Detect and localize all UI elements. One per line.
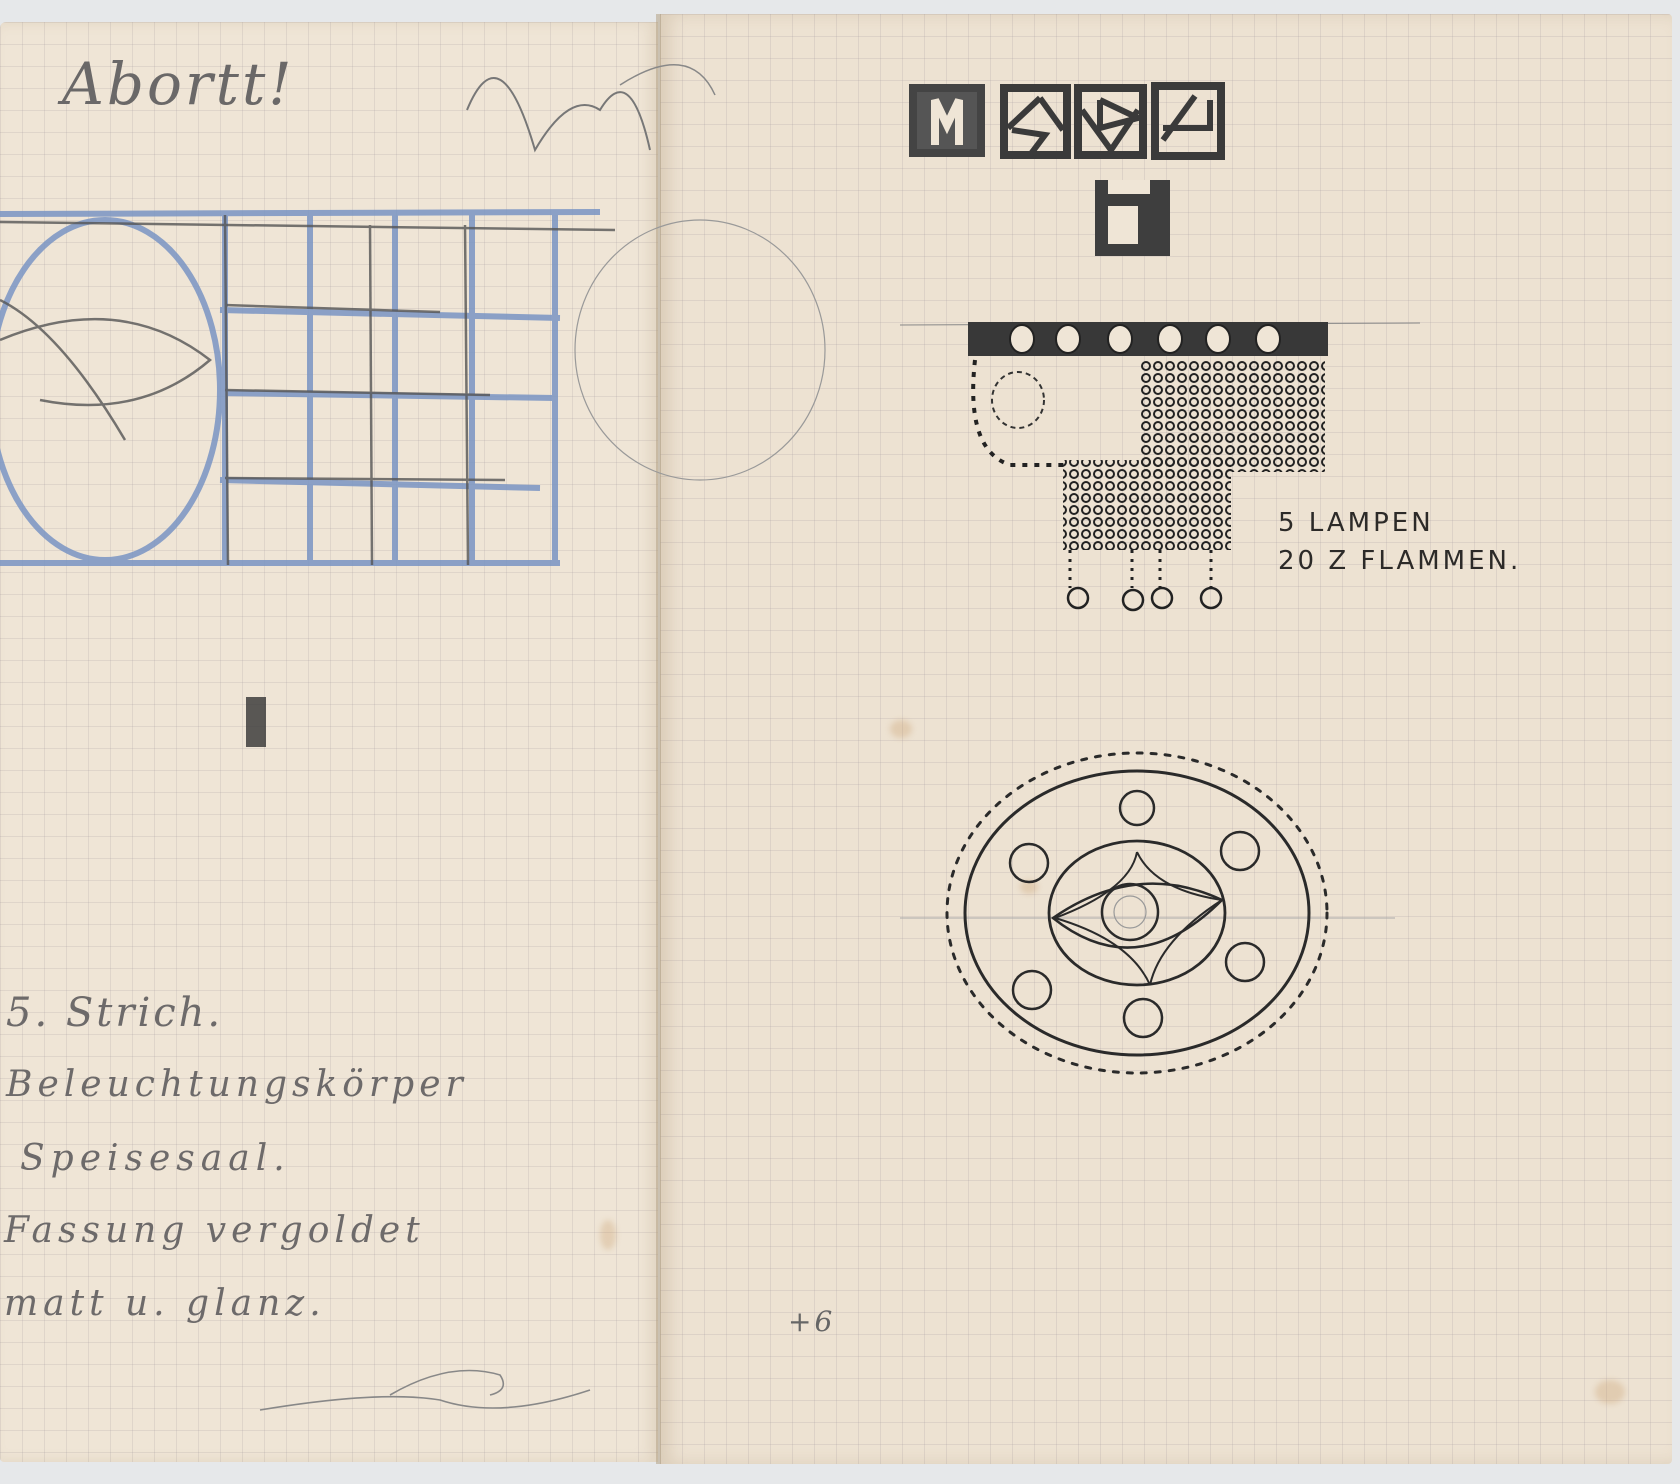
grid-window-sketch bbox=[0, 212, 825, 565]
lamp-count-label: 5 LAMPEN bbox=[1278, 508, 1434, 538]
flame-count-label: 20 Z FLAMMEN. bbox=[1278, 546, 1521, 576]
h-block-monogram bbox=[1095, 180, 1170, 256]
note-line-1: 5. Strich. bbox=[6, 990, 223, 1036]
note-line-2: Beleuchtungskörper bbox=[6, 1064, 468, 1105]
chandelier-plan-circle bbox=[900, 753, 1395, 1073]
heading-flourish-right bbox=[620, 65, 715, 95]
monogram-blocks bbox=[913, 86, 1221, 156]
heading-text: Abortt! bbox=[62, 50, 295, 118]
signature-flourish bbox=[260, 1371, 590, 1411]
page-number: +6 bbox=[788, 1305, 835, 1338]
faint-circle-sketch bbox=[575, 220, 825, 480]
heading-flourish bbox=[467, 78, 650, 150]
note-line-3: Speisesaal. bbox=[20, 1138, 291, 1179]
sketch-layer bbox=[0, 0, 1680, 1484]
note-line-5: matt u. glanz. bbox=[4, 1283, 326, 1324]
note-line-4: Fassung vergoldet bbox=[4, 1210, 425, 1251]
